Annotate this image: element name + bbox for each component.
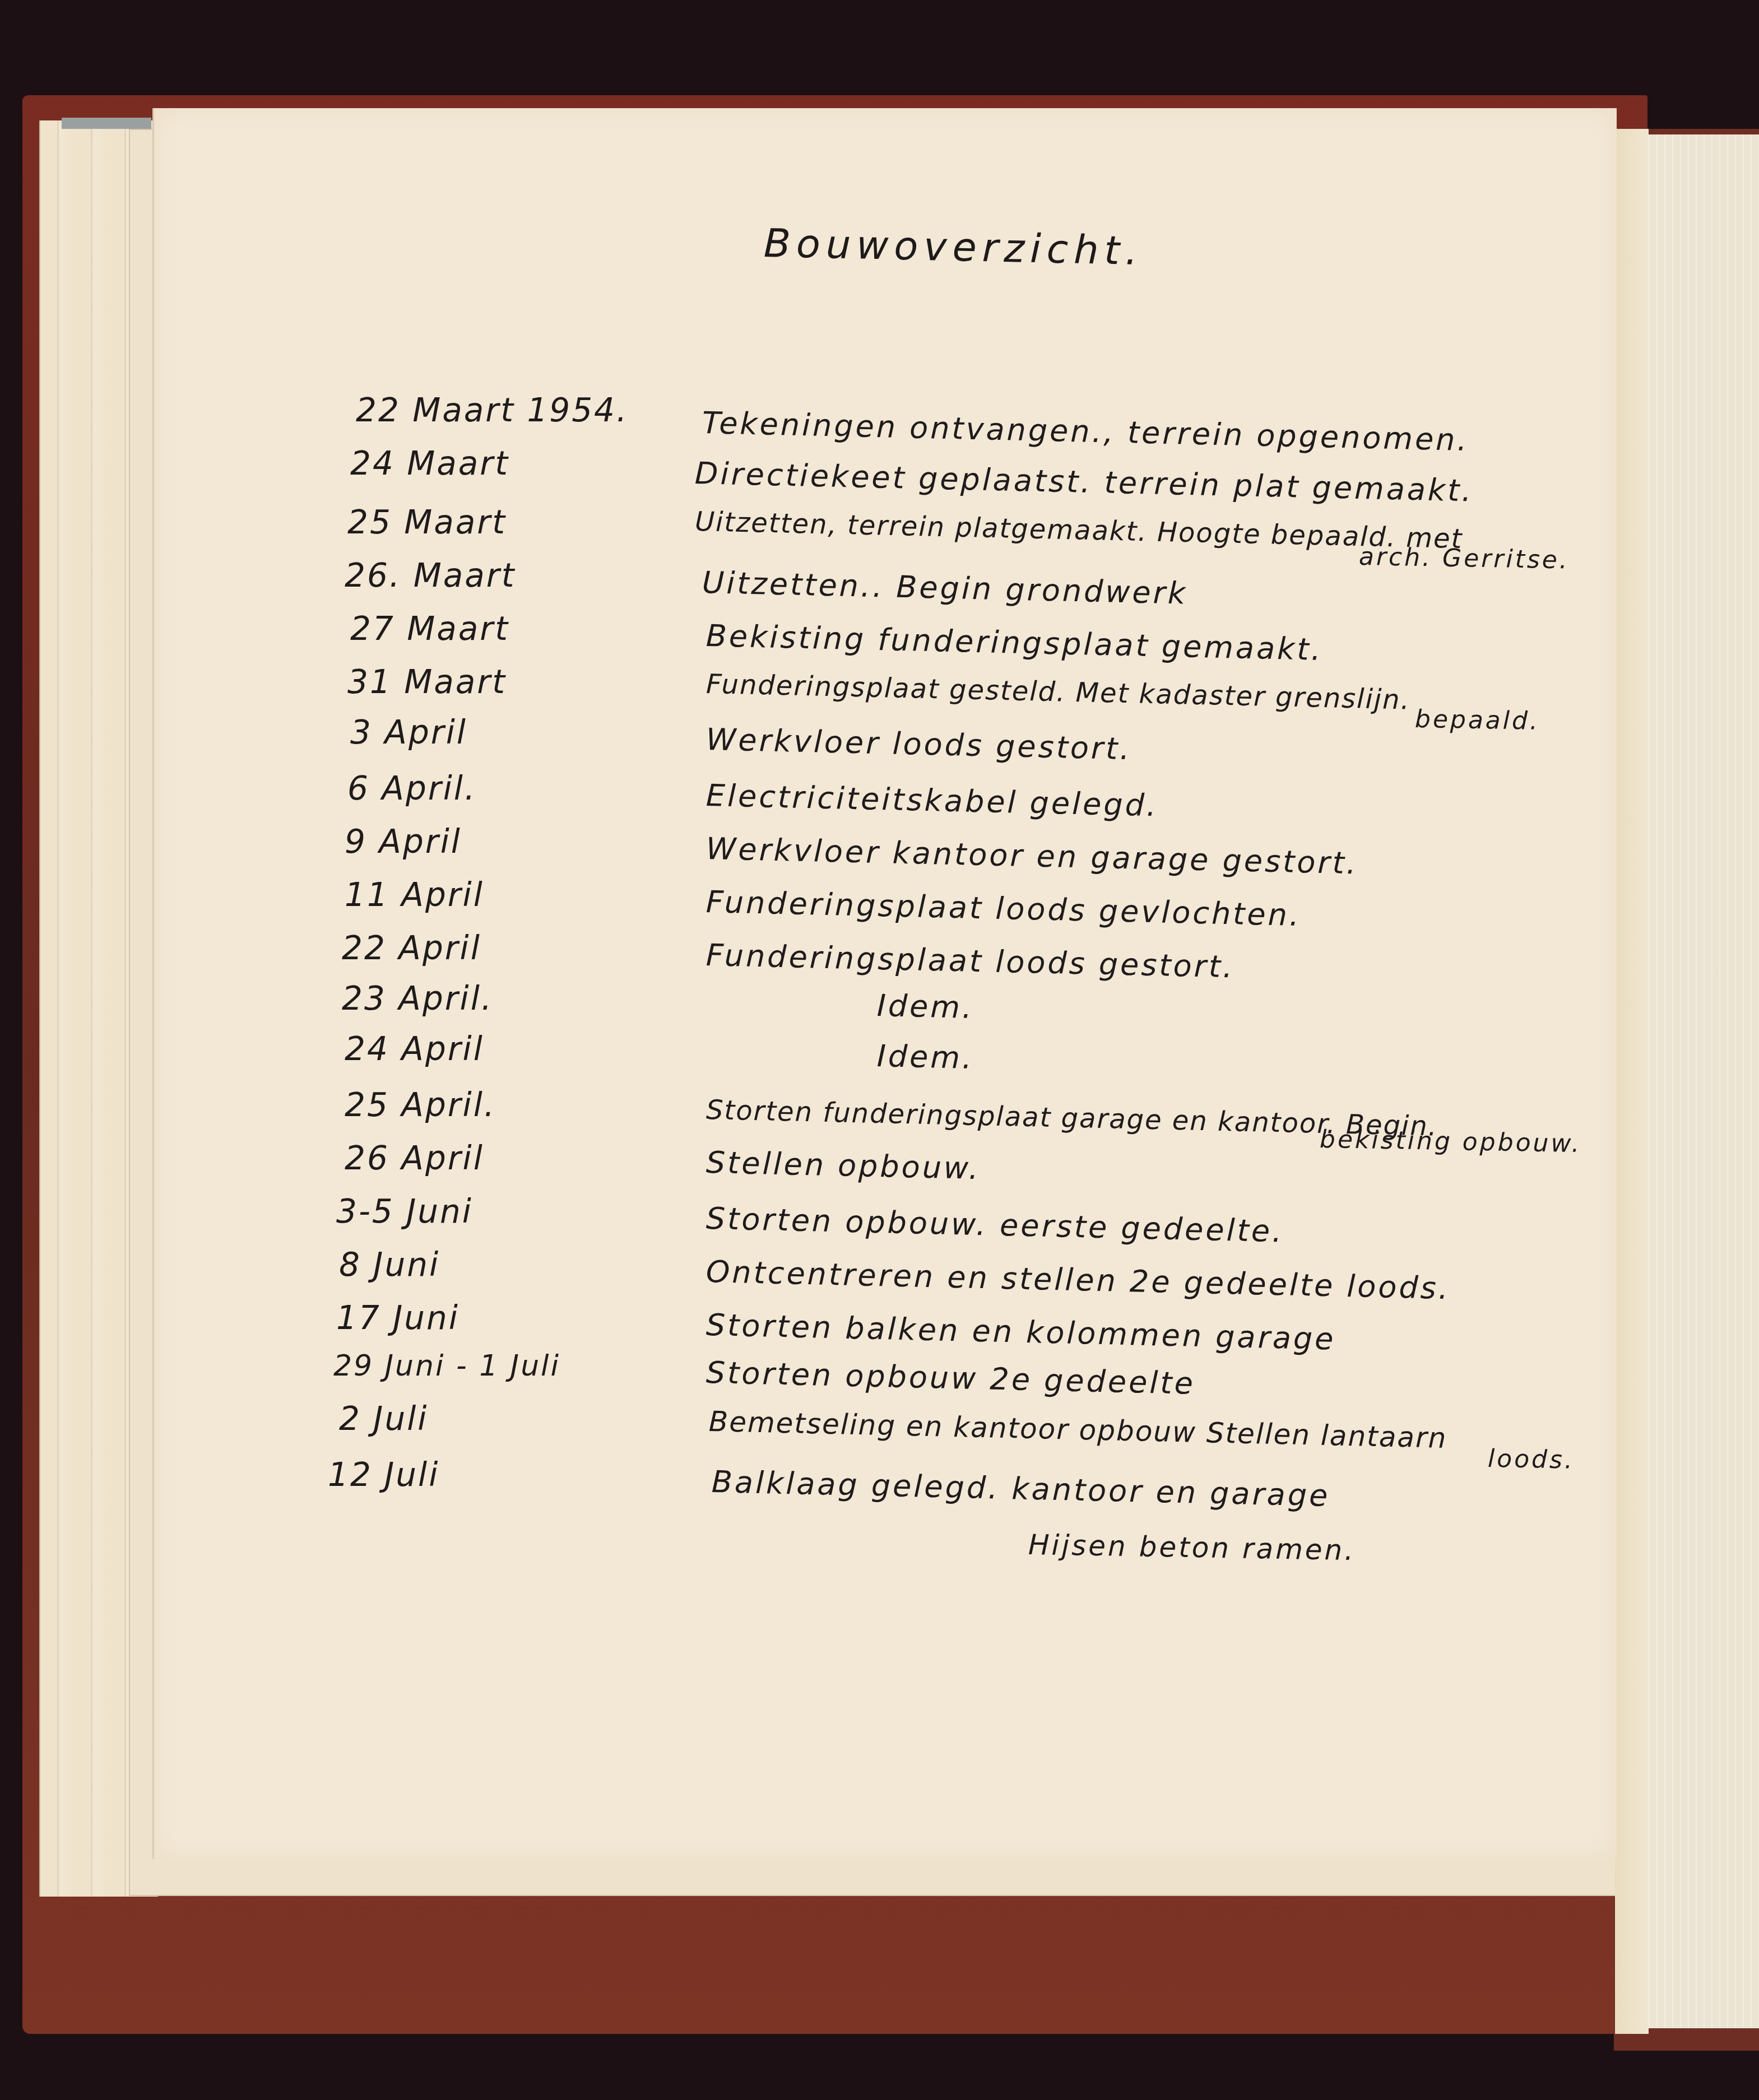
entry-text: Storten balken en kolommen garage [706,1307,1336,1356]
entry-text: Funderingsplaat loods gevlochten. [706,884,1301,933]
entry-text: Uitzetten.. Begin grondwerk [702,565,1188,611]
book-gutter [1615,129,1649,2034]
entry-text: Werkvloer loods gestort. [706,722,1132,766]
entry-date: 9 April [345,823,462,861]
entry-date: 26. Maart [345,556,516,594]
entry-date: 25 April. [345,1086,496,1124]
entry-text: Bekisting funderingsplaat gemaakt. [706,618,1323,667]
entry-date: 29 Juni - 1 Juli [333,1349,560,1383]
entry-text: Idem. [876,1038,974,1076]
entry-note: arch. Gerritse. [1359,542,1570,575]
entry-text: Uitzetten, terrein platgemaakt. Hoogte b… [694,506,1463,555]
entry-note: Hijsen beton ramen. [1028,1528,1356,1567]
entry-date: 26 April [345,1139,484,1177]
entry-date: 2 Juli [339,1400,428,1438]
entry-date: 24 Maart [350,444,509,482]
entry-date: 3-5 Juni [336,1192,473,1230]
notebook-page: Bouwoverzicht. 22 Maart 1954. Tekeningen… [152,108,1617,1859]
entry-text: Ontcentreren en stellen 2e gedeelte lood… [706,1254,1450,1306]
entry-date: 31 Maart [347,663,507,701]
entry-date: 25 Maart [347,503,507,541]
entry-date: 22 April [342,929,481,967]
facing-page [1649,134,1759,2028]
entry-text: Storten opbouw. eerste gedeelte. [706,1201,1284,1249]
entry-date: 11 April [345,876,484,914]
entry-date: 22 Maart 1954. [356,391,628,429]
entry-text: Directiekeet geplaatst. terrein plat gem… [694,456,1474,509]
entry-note: bepaald. [1415,705,1540,736]
entry-date: 24 April [345,1030,484,1068]
entry-text: Idem. [876,988,974,1025]
entry-text: Bemetseling en kantoor opbouw Stellen la… [708,1405,1447,1455]
entry-date: 12 Juli [328,1456,439,1494]
entry-text: Storten opbouw 2e gedeelte [706,1355,1195,1401]
entry-date: 8 Juni [339,1246,440,1284]
page-edge-shadow [62,118,151,129]
entry-text: Werkvloer kantoor en garage gestort. [706,831,1358,881]
entry-text: Balklaag gelegd. kantoor en garage [711,1464,1330,1513]
entry-text: Funderingsplaat loods gestort. [706,937,1235,984]
entry-note: bekisting opbouw. [1320,1125,1582,1158]
entry-date: 3 April [350,713,467,751]
entry-text: Funderingsplaat gesteld. Met kadaster gr… [706,668,1410,716]
entry-date: 23 April. [342,979,493,1018]
page-title: Bouwoverzicht. [763,220,1144,274]
entry-note: loods. [1488,1444,1575,1475]
entry-date: 6 April. [347,769,476,807]
entry-date: 27 Maart [350,610,509,648]
entry-text: Electriciteitskabel gelegd. [706,778,1159,823]
entry-date: 17 Juni [336,1299,460,1337]
entry-text: Stellen opbouw. [706,1145,981,1186]
entry-text: Tekeningen ontvangen., terrein opgenomen… [702,405,1469,458]
